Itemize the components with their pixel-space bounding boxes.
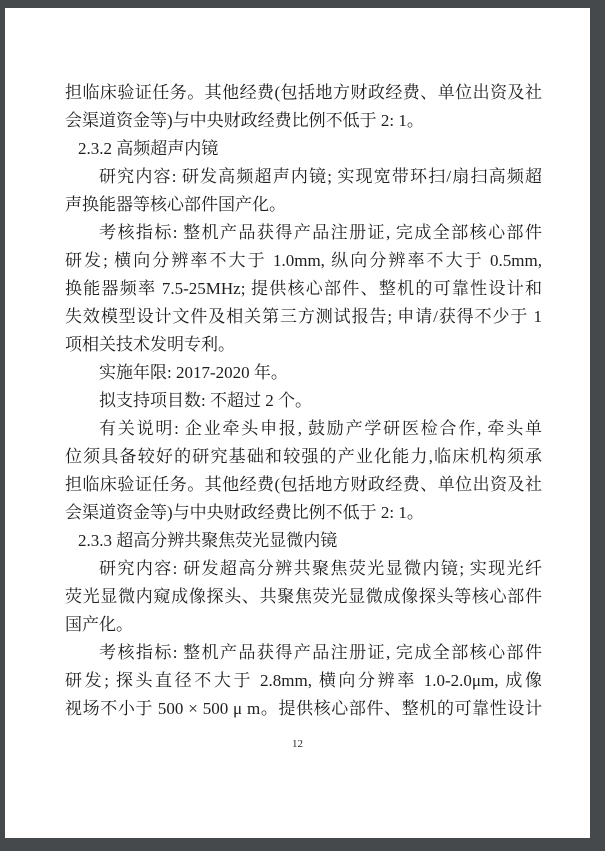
text-line: 换能器频率 7.5-25MHz; 提供核心部件、整机的可靠性设计和 xyxy=(65,275,542,303)
text-line: 失效模型设计文件及相关第三方测试报告; 申请/获得不少于 1 xyxy=(65,303,542,331)
section-heading-2-3-2: 2.3.2 高频超声内镜 xyxy=(65,135,542,163)
text-line: 担临床验证任务。其他经费(包括地方财政经费、单位出资及社 xyxy=(65,471,542,499)
text-line: 声换能器等核心部件国产化。 xyxy=(65,191,542,219)
text-line: 研发; 横向分辨率不大于 1.0mm, 纵向分辨率不大于 0.5mm, xyxy=(65,247,542,275)
text-line: 国产化。 xyxy=(65,611,542,639)
text-line: 会渠道资金等)与中央财政经费比例不低于 2: 1。 xyxy=(65,107,542,135)
text-line: 有关说明: 企业牵头申报, 鼓励产学研医检合作, 牵头单 xyxy=(65,415,542,443)
text-line: 荧光显微内窥成像探头、共聚焦荧光显微成像探头等核心部件 xyxy=(65,583,542,611)
section-heading-2-3-3: 2.3.3 超高分辨共聚焦荧光显微内镜 xyxy=(65,527,542,555)
text-line: 拟支持项目数: 不超过 2 个。 xyxy=(65,387,542,415)
text-line: 项相关技术发明专利。 xyxy=(65,331,542,359)
text-line: 位须具备较好的研究基础和较强的产业化能力,临床机构须承 xyxy=(65,443,542,471)
scanned-document-view: 担临床验证任务。其他经费(包括地方财政经费、单位出资及社 会渠道资金等)与中央财… xyxy=(0,0,605,851)
text-line: 研究内容: 研发高频超声内镜; 实现宽带环扫/扇扫高频超 xyxy=(65,163,542,191)
page-number: 12 xyxy=(5,737,590,751)
text-line: 研究内容: 研发超高分辨共聚焦荧光显微内镜; 实现光纤 xyxy=(65,555,542,583)
text-line: 考核指标: 整机产品获得产品注册证, 完成全部核心部件 xyxy=(65,639,542,667)
text-line: 视场不小于 500 × 500 μ m。提供核心部件、整机的可靠性设计 xyxy=(65,695,542,723)
text-line: 担临床验证任务。其他经费(包括地方财政经费、单位出资及社 xyxy=(65,79,542,107)
page-text-block: 担临床验证任务。其他经费(包括地方财政经费、单位出资及社 会渠道资金等)与中央财… xyxy=(65,79,542,723)
text-line: 实施年限: 2017-2020 年。 xyxy=(65,359,542,387)
text-line: 研发; 探头直径不大于 2.8mm, 横向分辨率 1.0-2.0μm, 成像 xyxy=(65,667,542,695)
document-page: 担临床验证任务。其他经费(包括地方财政经费、单位出资及社 会渠道资金等)与中央财… xyxy=(5,8,590,838)
text-line: 考核指标: 整机产品获得产品注册证, 完成全部核心部件 xyxy=(65,219,542,247)
text-line: 会渠道资金等)与中央财政经费比例不低于 2: 1。 xyxy=(65,499,542,527)
